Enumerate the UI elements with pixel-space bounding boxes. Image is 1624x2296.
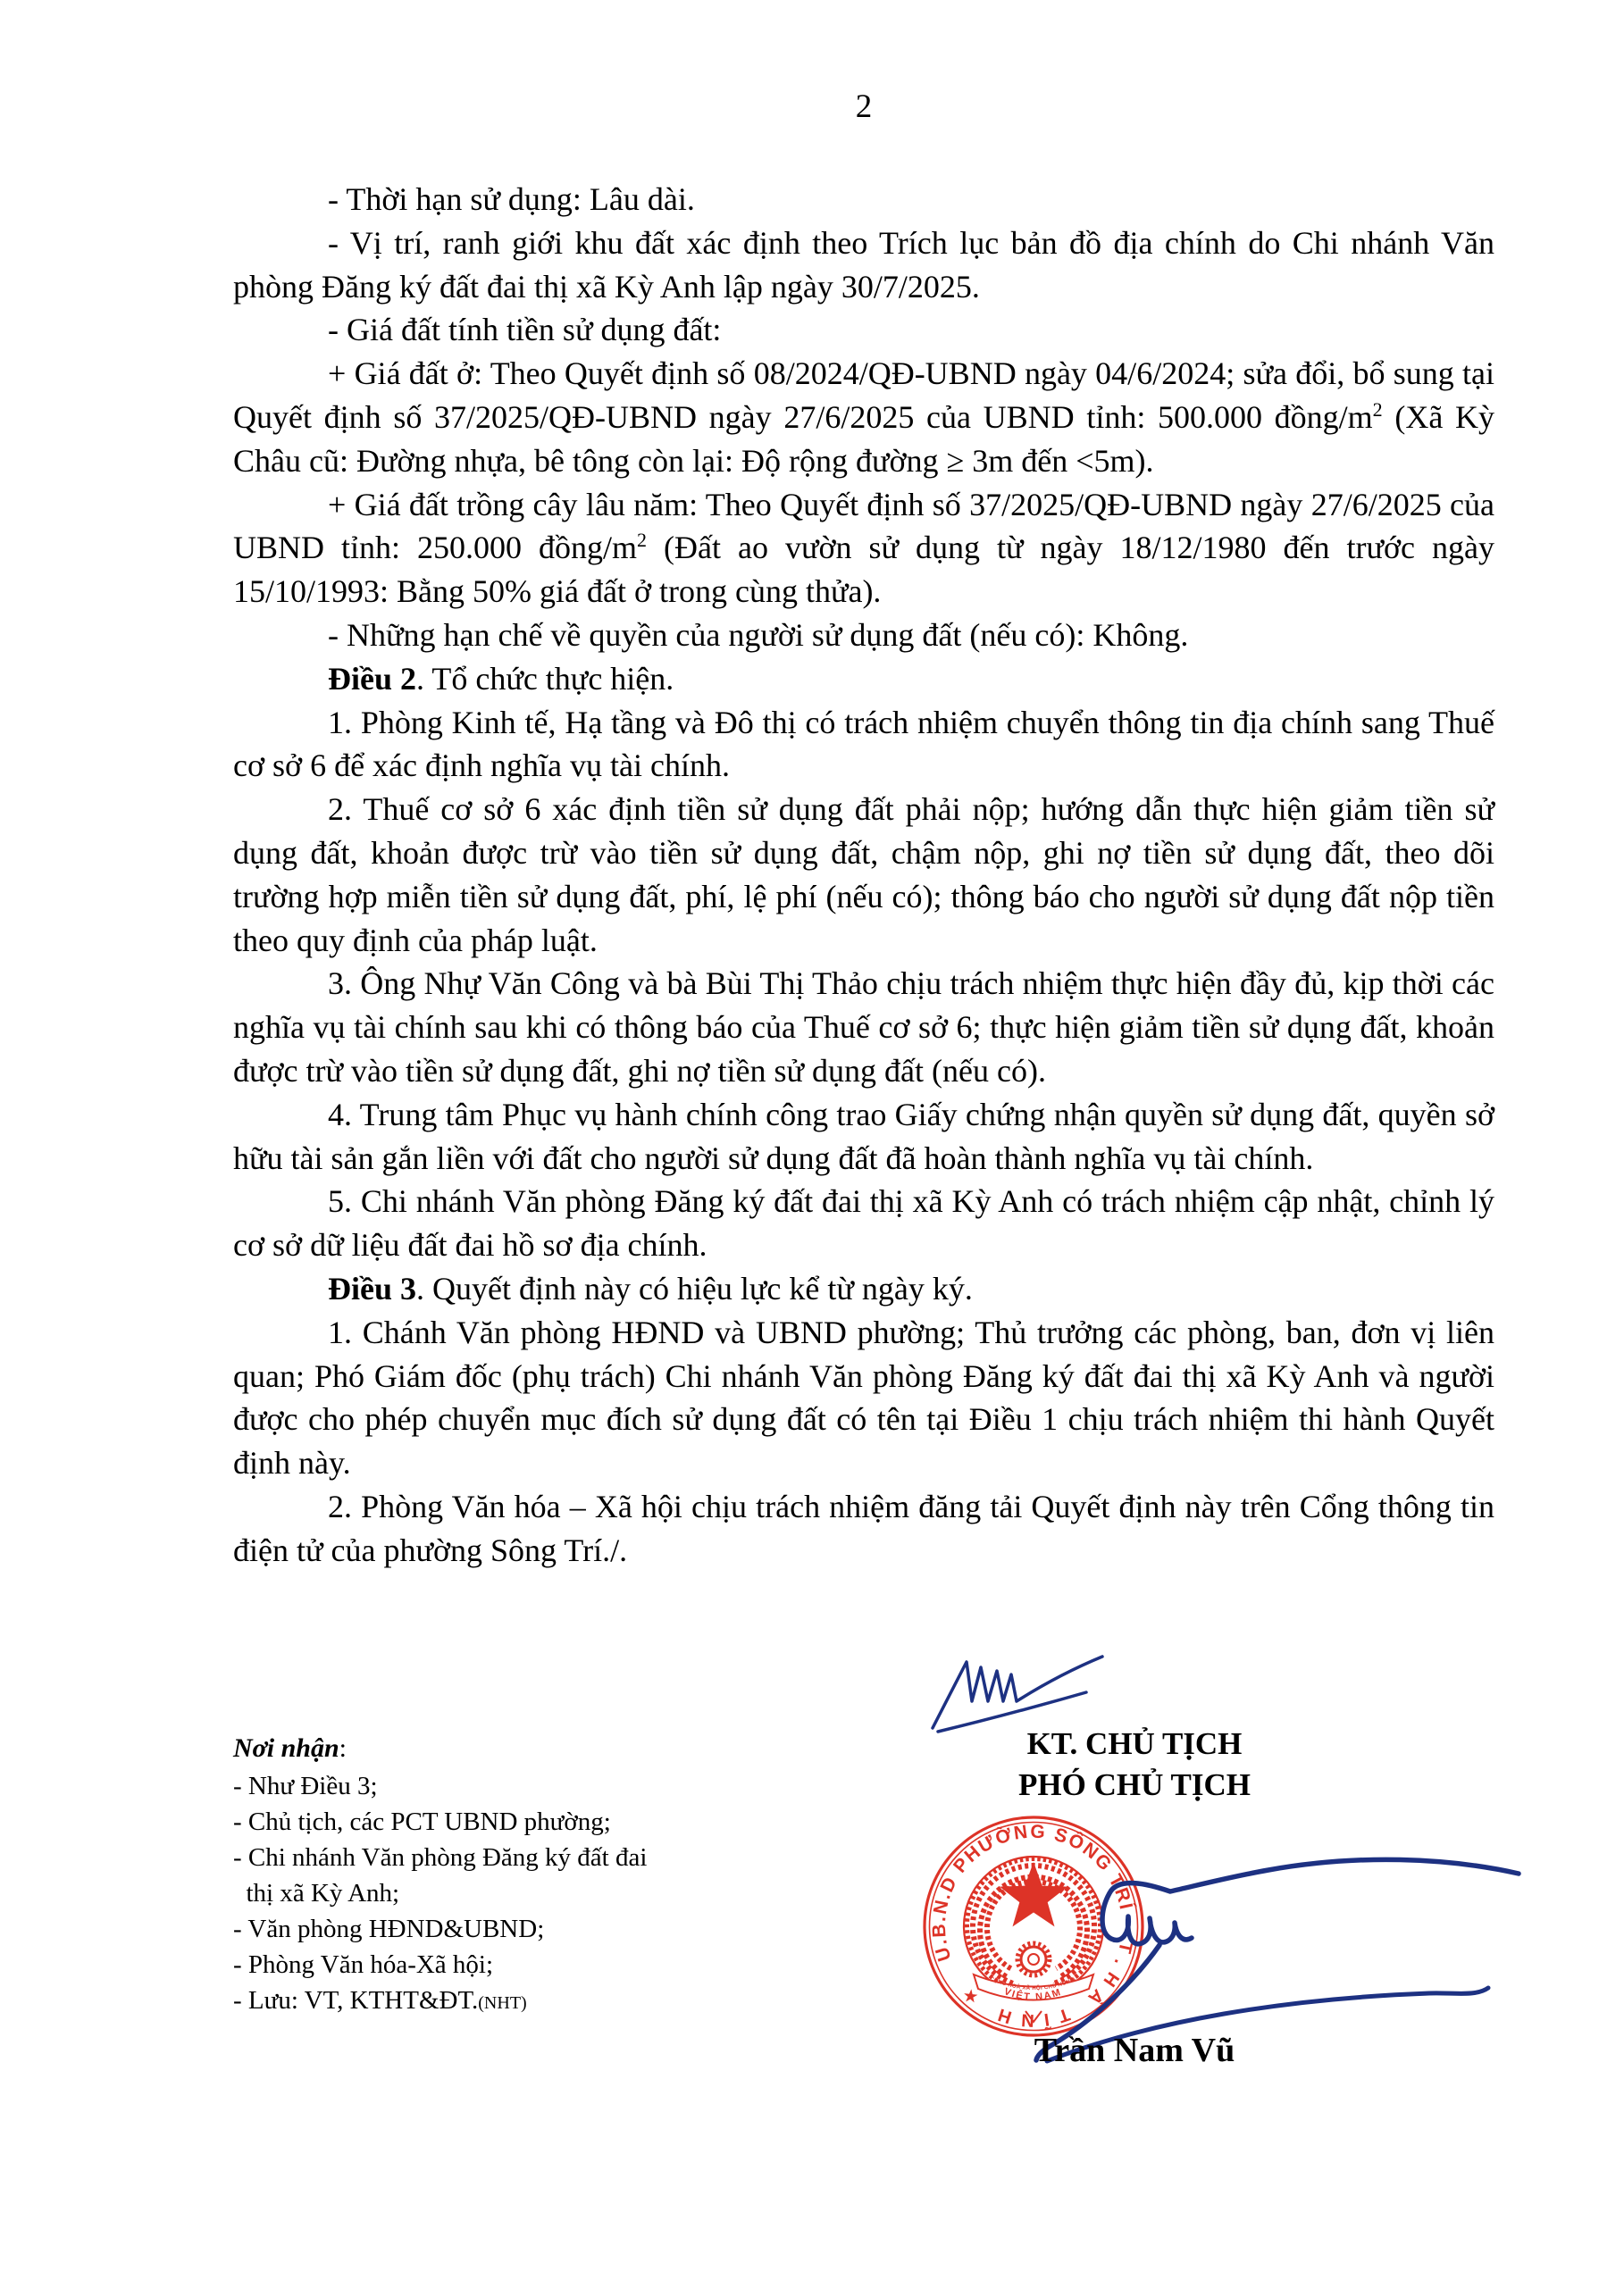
paragraph-segment: - Vị trí, ranh giới khu đất xác định the… [233,225,1494,305]
paragraph-segment: 4. Trung tâm Phục vụ hành chính công tra… [233,1097,1494,1176]
recipients-title: Nơi nhận: [233,1729,787,1768]
signer-name: Trần Nam Vũ [920,2031,1349,2070]
recipients-list: - Như Điều 3;- Chủ tịch, các PCT UBND ph… [233,1768,787,2021]
paragraph-segment: 1. Chánh Văn phòng HĐND và UBND phường; … [233,1315,1494,1481]
paraph-zigzag [933,1657,1102,1728]
paragraph-segment: . Quyết định này có hiệu lực kể từ ngày … [416,1271,973,1307]
document-page: 2 - Thời hạn sử dụng: Lâu dài.- Vị trí, … [0,0,1624,2296]
paragraph: 4. Trung tâm Phục vụ hành chính công tra… [233,1093,1494,1181]
recipient-item-text: - Văn phòng HĐND&UBND; [233,1915,544,1943]
paragraph-segment: 3. Ông Nhự Văn Công và bà Bùi Thị Thảo c… [233,965,1494,1089]
paragraph: 3. Ông Nhự Văn Công và bà Bùi Thị Thảo c… [233,962,1494,1092]
paragraph-segment: 2 [637,529,647,551]
recipients-title-label: Nơi nhận [233,1733,339,1763]
recipients-block: Nơi nhận: - Như Điều 3;- Chủ tịch, các P… [233,1729,787,2021]
paragraph-segment: - Những hạn chế về quyền của người sử dụ… [328,617,1188,653]
recipient-item-text: - Lưu: VT, KTHT&ĐT. [233,1986,478,2015]
paragraph: - Giá đất tính tiền sử dụng đất: [233,308,1494,352]
recipient-item: - Chi nhánh Văn phòng Đăng ký đất đai th… [233,1840,787,1911]
paragraph: + Giá đất trồng cây lâu năm: Theo Quyết … [233,483,1494,614]
recipient-item: - Như Điều 3; [233,1768,787,1804]
paragraph-segment: - Thời hạn sử dụng: Lâu dài. [328,181,695,217]
paragraph-segment: Điều 3 [328,1271,416,1307]
paragraph-segment: - Giá đất tính tiền sử dụng đất: [328,312,721,347]
paragraph: Điều 3. Quyết định này có hiệu lực kể từ… [233,1267,1494,1311]
paragraph: 5. Chi nhánh Văn phòng Đăng ký đất đai t… [233,1180,1494,1267]
paraph-underline [938,1692,1086,1732]
paragraph: - Thời hạn sử dụng: Lâu dài. [233,178,1494,221]
paragraph: - Vị trí, ranh giới khu đất xác định the… [233,221,1494,309]
paragraph: Điều 2. Tổ chức thực hiện. [233,657,1494,701]
signer-role-line: PHÓ CHỦ TỊCH [920,1765,1349,1806]
paragraph-segment: 2. Phòng Văn hóa – Xã hội chịu trách nhi… [233,1489,1494,1568]
page-number: 2 [233,88,1494,126]
recipient-item-text: - Phòng Văn hóa-Xã hội; [233,1950,493,1979]
document-body: - Thời hạn sử dụng: Lâu dài.- Vị trí, ra… [233,178,1494,1573]
paragraph-segment: 2 [1373,398,1383,421]
recipient-item: - Lưu: VT, KTHT&ĐT.(NHT) [233,1983,787,2021]
recipients-title-colon: : [339,1733,347,1763]
recipient-item: - Chủ tịch, các PCT UBND phường; [233,1804,787,1840]
signature-top-flourish [1102,1859,1519,1943]
paragraph: - Những hạn chế về quyền của người sử dụ… [233,614,1494,657]
paragraph-segment: . Tổ chức thực hiện. [416,661,674,697]
paragraph-segment: + Giá đất ở: Theo Quyết định số 08/2024/… [233,355,1494,435]
paragraph-segment: 1. Phòng Kinh tế, Hạ tầng và Đô thị có t… [233,705,1494,784]
paragraph: 2. Phòng Văn hóa – Xã hội chịu trách nhi… [233,1485,1494,1573]
paragraph-segment: 2. Thuế cơ sở 6 xác định tiền sử dụng đấ… [233,791,1494,957]
recipient-item-text: - Như Điều 3; [233,1772,378,1800]
recipient-item-text: - Chi nhánh Văn phòng Đăng ký đất đai th… [233,1843,647,1908]
paragraph: + Giá đất ở: Theo Quyết định số 08/2024/… [233,352,1494,482]
paragraph: 1. Phòng Kinh tế, Hạ tầng và Đô thị có t… [233,701,1494,789]
paragraph-segment: 5. Chi nhánh Văn phòng Đăng ký đất đai t… [233,1183,1494,1263]
recipient-item-text: - Chủ tịch, các PCT UBND phường; [233,1808,611,1836]
paragraph: 2. Thuế cơ sở 6 xác định tiền sử dụng đấ… [233,788,1494,962]
recipient-item: - Văn phòng HĐND&UBND; [233,1911,787,1947]
recipient-item: - Phòng Văn hóa-Xã hội; [233,1947,787,1983]
signature-paraph [920,1646,1112,1735]
paragraph-segment: Điều 2 [328,661,416,697]
signature-title-block: KT. CHỦ TỊCH PHÓ CHỦ TỊCH [920,1724,1349,1806]
recipient-item-note: (NHT) [478,1993,526,2013]
paragraph: 1. Chánh Văn phòng HĐND và UBND phường; … [233,1311,1494,1485]
